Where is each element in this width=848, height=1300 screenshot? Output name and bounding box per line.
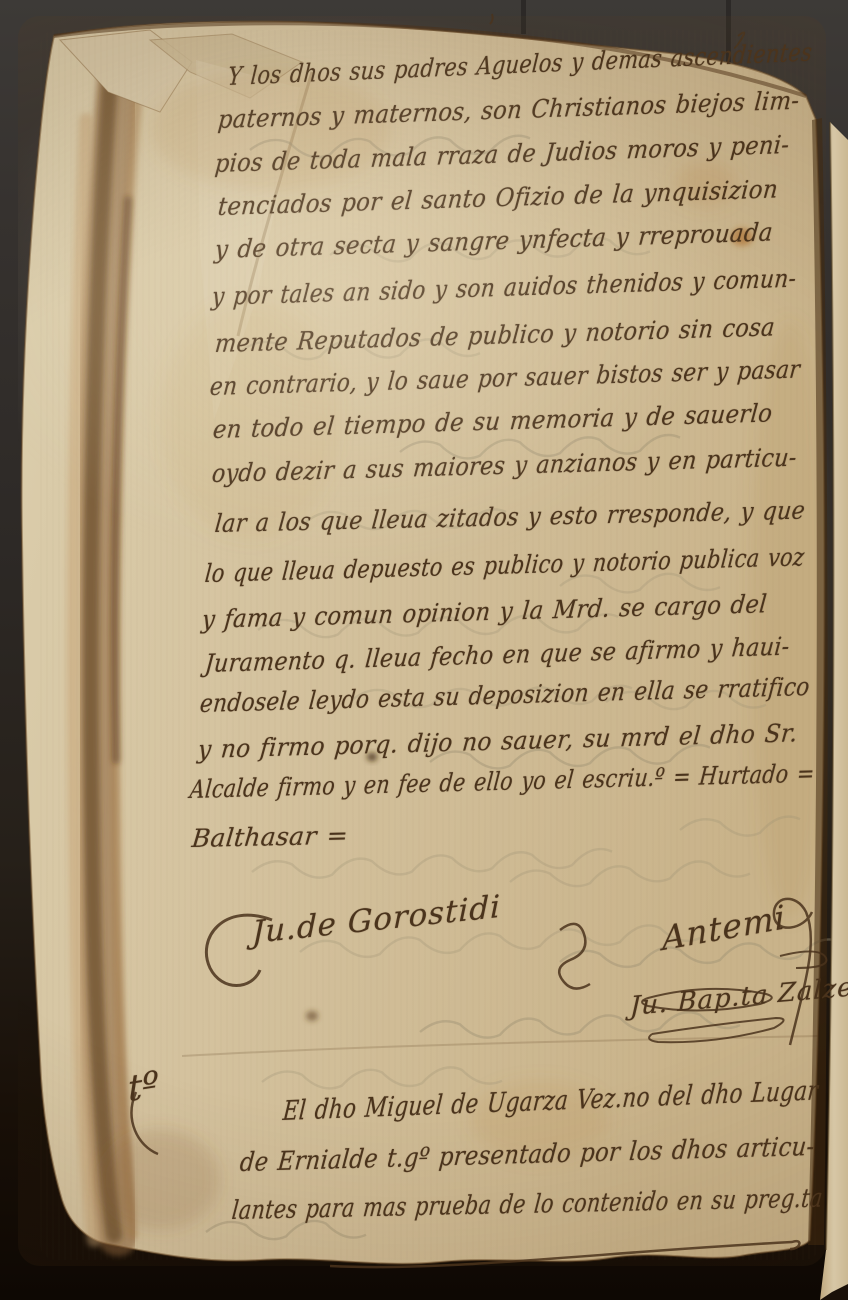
manuscript-line: y por tales an sido y son auidos thenido… (211, 266, 798, 309)
manuscript-line: paternos y maternos, son Christianos bie… (217, 88, 801, 132)
manuscript-line: Alcalde firmo y en fee de ello yo el esc… (189, 761, 816, 802)
margin-note: tº (127, 1067, 159, 1108)
text-layer: Y los dhos sus padres Aguelos y demas as… (0, 0, 848, 1300)
addendum-line: lantes para mas prueba de lo contenido e… (231, 1186, 824, 1224)
manuscript-photo: Y los dhos sus padres Aguelos y demas as… (0, 0, 848, 1300)
manuscript-line: Juramento q. lleua fecho en que se afirm… (204, 634, 791, 676)
manuscript-line: en contrario, y lo saue por sauer bistos… (209, 356, 801, 399)
manuscript-line: oydo dezir a sus maiores y anzianos y en… (211, 445, 798, 486)
manuscript-line: Balthasar = (191, 823, 350, 851)
manuscript-line: y no firmo porq. dijo no sauer, su mrd e… (197, 720, 799, 762)
manuscript-line: y de otra secta y sangre ynfecta y rrepr… (214, 219, 774, 262)
manuscript-line: pios de toda mala rraza de Judios moros … (214, 132, 791, 176)
signature-right: Ju. Bap.ta Zalzeta (630, 972, 848, 1020)
manuscript-line: Y los dhos sus padres Aguelos y demas as… (227, 39, 813, 89)
attestation-ante-mi: Antemi (661, 900, 787, 955)
manuscript-line: lo que lleua depuesto es publico y notor… (204, 544, 806, 586)
manuscript-line: y fama y comun opinion y la Mrd. se carg… (201, 591, 768, 632)
manuscript-line: tenciados por el santo Ofizio de la ynqu… (217, 176, 779, 219)
manuscript-line: lar a los que lleua zitados y esto rresp… (214, 498, 807, 536)
signature-left: Ju.de Gorostidi (252, 892, 501, 949)
manuscript-line: endosele leydo esta su deposizion en ell… (199, 674, 811, 716)
addendum-line: de Ernialde t.gº presentado por los dhos… (239, 1134, 816, 1176)
addendum-line: El dho Miguel de Ugarza Vez.no del dho L… (282, 1077, 819, 1125)
manuscript-line: mente Reputados de publico y notorio sin… (214, 314, 776, 356)
manuscript-line: en todo el tiempo de su memoria y de sau… (212, 400, 774, 442)
